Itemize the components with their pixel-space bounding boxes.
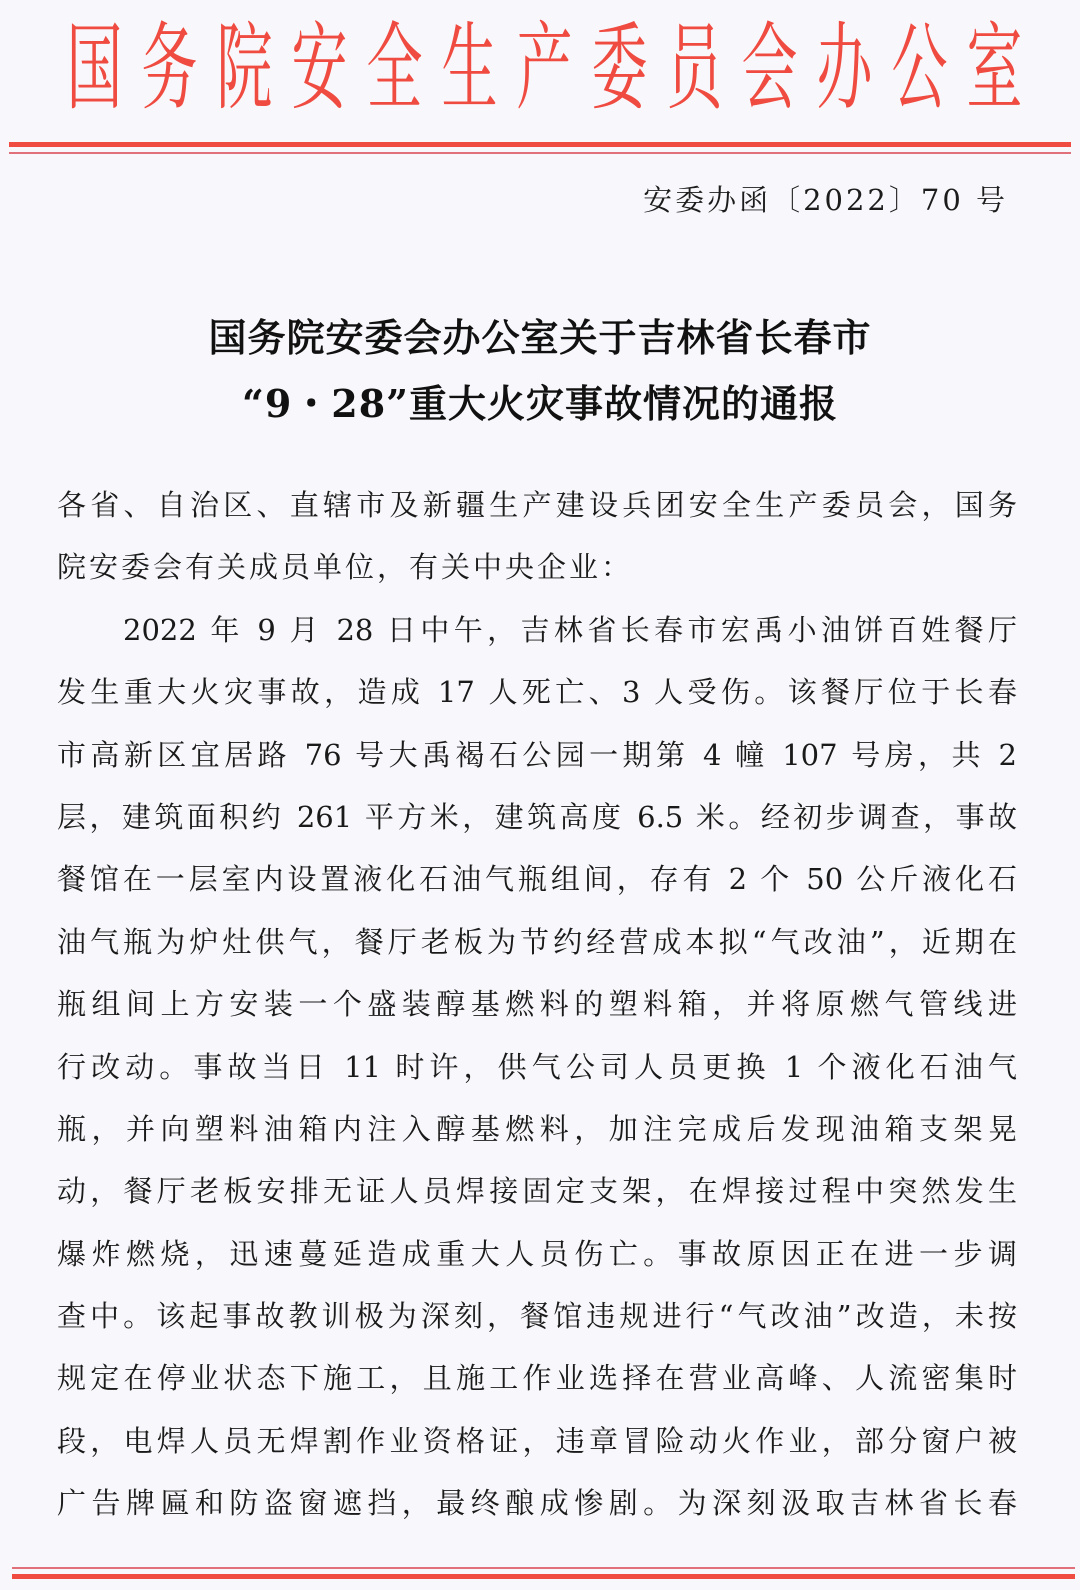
masthead-char: 生 [441, 2, 484, 136]
paragraph-line: 行改动。事故当日 11 时许，供气公司人员更换 1 个液化石油气 [57, 1036, 1017, 1098]
paragraph-line: 餐馆在一层室内设置液化石油气瓶组间，存有 2 个 50 公斤液化石 [57, 848, 1017, 910]
document-body: 各省、自治区、直辖市及新疆生产建设兵团安全生产委员会，国务 院安委会有关成员单位… [57, 474, 1017, 1535]
salutation-line: 各省、自治区、直辖市及新疆生产建设兵团安全生产委员会，国务 [57, 474, 1017, 536]
masthead-char: 办 [816, 2, 859, 136]
masthead-char: 国 [66, 2, 109, 136]
paragraph-line: 瓶组间上方安装一个盛装醇基燃料的塑料箱，并将原燃气管线进 [57, 973, 1017, 1035]
document-title-line: “9・28”重大火灾事故情况的通报 [0, 371, 1080, 437]
masthead-char: 室 [966, 2, 1009, 136]
paragraph-line: 广告牌匾和防盗窗遮挡，最终酿成惨剧。为深刻汲取吉林省长春 [57, 1472, 1017, 1534]
document-title-line: 国务院安委会办公室关于吉林省长春市 [0, 305, 1080, 371]
paragraph-line: 规定在停业状态下施工，且施工作业选择在营业高峰、人流密集时 [57, 1347, 1017, 1409]
masthead: 国 务 院 安 全 生 产 委 员 会 办 公 室 [0, 14, 1080, 124]
document-title: 国务院安委会办公室关于吉林省长春市 “9・28”重大火灾事故情况的通报 [0, 305, 1080, 437]
masthead-char: 安 [291, 2, 334, 136]
masthead-char: 产 [516, 2, 559, 136]
paragraph-line: 层，建筑面积约 261 平方米，建筑高度 6.5 米。经初步调查，事故 [57, 786, 1017, 848]
salutation-line: 院安委会有关成员单位，有关中央企业： [57, 536, 1017, 598]
masthead-rule-thin [9, 152, 1071, 154]
paragraph-line: 瓶，并向塑料油箱内注入醇基燃料，加注完成后发现油箱支架晃 [57, 1098, 1017, 1160]
paragraph-line: 油气瓶为炉灶供气，餐厅老板为节约经营成本拟“气改油”，近期在 [57, 911, 1017, 973]
masthead-org-name: 国 务 院 安 全 生 产 委 员 会 办 公 室 [58, 14, 1018, 124]
footer-rule-thick [12, 1574, 1075, 1579]
masthead-char: 务 [141, 2, 184, 136]
paragraph-line: 段，电焊人员无焊割作业资格证，违章冒险动火作业，部分窗户被 [57, 1410, 1017, 1472]
paragraph-line: 爆炸燃烧，迅速蔓延造成重大人员伤亡。事故原因正在进一步调 [57, 1223, 1017, 1285]
masthead-char: 员 [666, 2, 709, 136]
paragraph-line: 市高新区宜居路 76 号大禹褐石公园一期第 4 幢 107 号房，共 2 [57, 724, 1017, 786]
masthead-rule-thick [9, 142, 1071, 147]
paragraph-line: 发生重大火灾事故，造成 17 人死亡、3 人受伤。该餐厅位于长春 [57, 661, 1017, 723]
paragraph-line: 查中。该起事故教训极为深刻，餐馆违规进行“气改油”改造，未按 [57, 1285, 1017, 1347]
document-number: 安委办函〔2022〕70 号 [643, 180, 1008, 220]
footer-rule-thin [12, 1567, 1075, 1569]
masthead-char: 院 [216, 2, 259, 136]
masthead-char: 全 [366, 2, 409, 136]
paragraph-line: 动，餐厅老板安排无证人员焊接固定支架，在焊接过程中突然发生 [57, 1160, 1017, 1222]
masthead-char: 公 [891, 2, 934, 136]
masthead-char: 会 [741, 2, 784, 136]
paragraph-line: 2022 年 9 月 28 日中午，吉林省长春市宏禹小油饼百姓餐厅 [57, 599, 1017, 661]
masthead-char: 委 [591, 2, 634, 136]
